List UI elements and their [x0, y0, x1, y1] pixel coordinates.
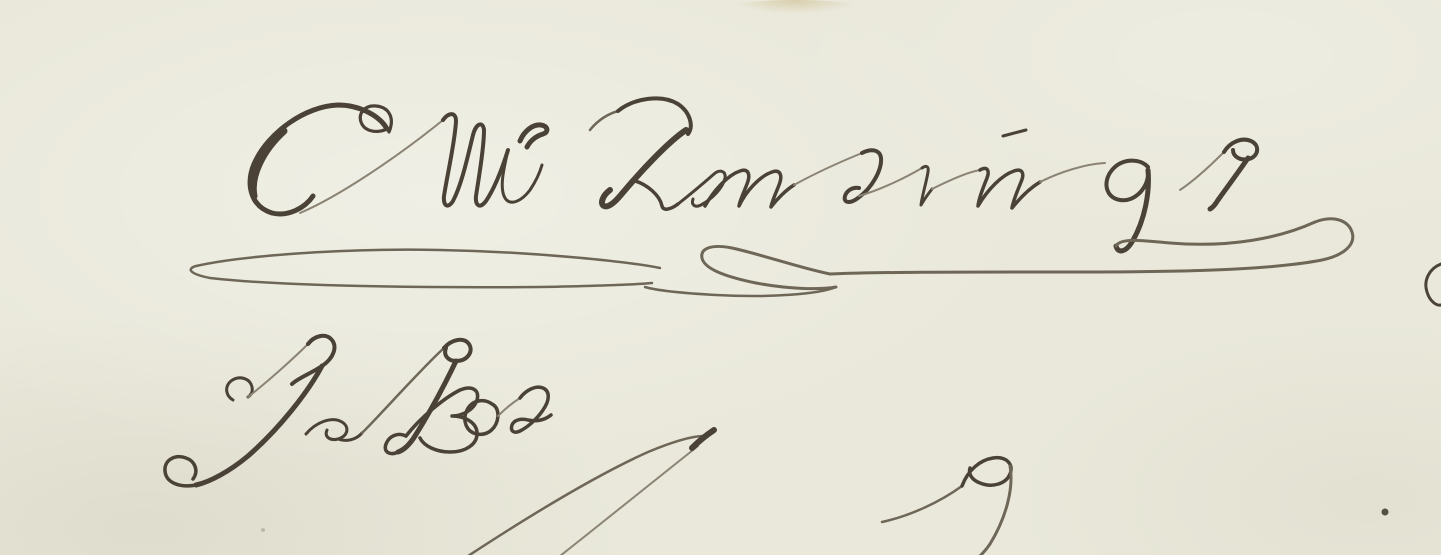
letter-w-stroke — [443, 114, 508, 205]
letter-n — [705, 170, 794, 207]
connector-o-s — [498, 398, 520, 416]
letter-s-bos — [511, 387, 551, 432]
partial-stroke-bottom-center-a — [468, 436, 704, 555]
letter-r-stem — [602, 130, 686, 206]
letter-r-leg — [632, 180, 678, 209]
ink-speck-faint — [261, 528, 265, 532]
letter-c-stroke — [250, 105, 387, 214]
partial-mark-right-edge — [1426, 264, 1441, 305]
letter-j-stem — [196, 366, 322, 485]
letter-h-entry — [1180, 152, 1224, 190]
letter-n2 — [978, 168, 1040, 208]
connector-i-n2 — [932, 170, 980, 189]
partial-stroke-bottom-center-b — [560, 446, 698, 555]
letter-g-tail — [1116, 222, 1315, 246]
letter-r-entry — [590, 111, 618, 130]
i-dot-dash — [1003, 130, 1026, 136]
letter-g-descender — [1116, 170, 1148, 251]
connector-n-s — [794, 153, 862, 185]
superscript-r — [520, 125, 547, 147]
signature-rensingh: C W Rensingh — [250, 98, 1315, 251]
flourish-mid-loop — [702, 246, 836, 288]
letter-b-stem — [398, 361, 456, 452]
letter-b-rise — [362, 348, 444, 433]
handwriting-layer: C W Rensingh — [0, 0, 1441, 555]
connector-c-w — [300, 120, 443, 213]
letter-j-bottom-hook — [165, 457, 196, 486]
partial-squiggle-loop — [962, 458, 1011, 486]
partial-marks: partial pen strokes of further handwriti… — [261, 264, 1441, 555]
letter-b-bowls — [406, 388, 478, 452]
letter-w-tail — [502, 150, 542, 202]
ink-speck — [1382, 509, 1389, 516]
signature-bos: J Bos — [165, 336, 551, 486]
partial-squiggle-lead — [882, 486, 962, 522]
flourish-right-loop — [830, 219, 1353, 274]
flourish-underline: long looping flourish underline beneath … — [191, 219, 1353, 296]
manuscript-scan: C W Rensingh J Bos partial pen strokes o… — [0, 0, 1441, 555]
connector-n2-g — [1040, 163, 1105, 182]
letter-j-rise — [248, 344, 308, 397]
letter-o — [465, 401, 498, 435]
partial-stroke-tip — [692, 430, 714, 448]
letter-b-entry-curl — [306, 420, 362, 441]
connector-s-i — [859, 168, 922, 196]
letter-h-stem — [1210, 158, 1248, 209]
letter-h-loop — [1224, 140, 1257, 160]
letter-b-top-loop — [444, 340, 471, 361]
letter-r-arch — [618, 98, 691, 134]
letter-i — [921, 166, 932, 205]
letter-g-bowl — [1106, 161, 1148, 201]
flourish-lens — [191, 250, 660, 288]
